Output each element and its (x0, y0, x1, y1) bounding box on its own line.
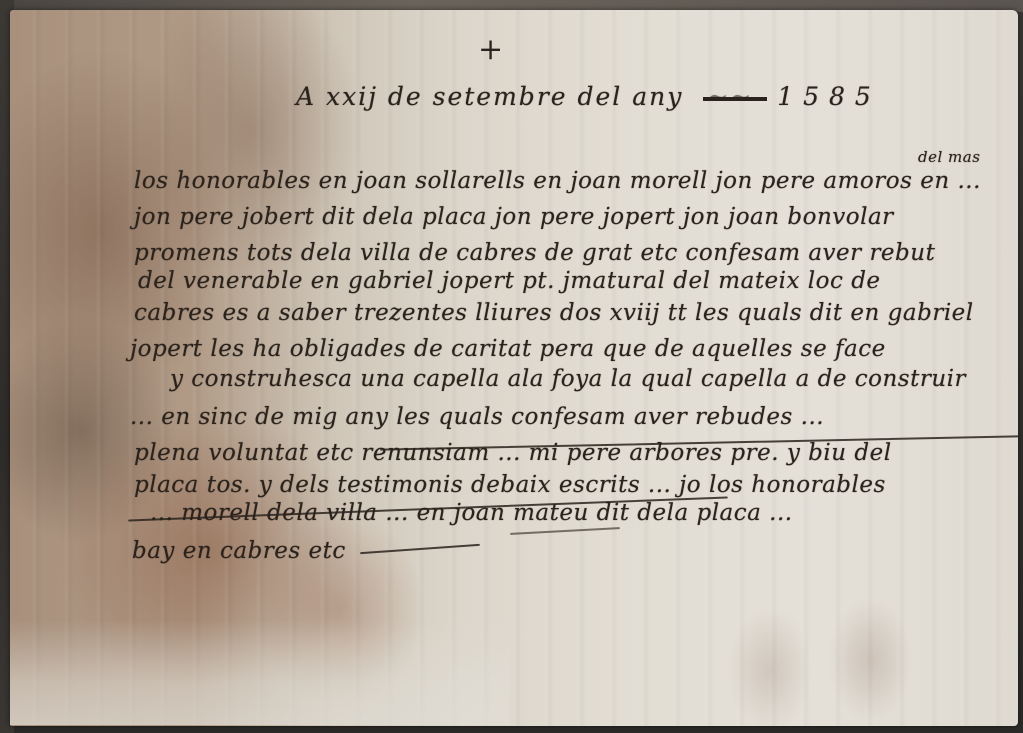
manuscript-line-11: ... morell dela villa ... en joan mateu … (150, 500, 793, 526)
paper-stain-fade (10, 620, 510, 725)
cross-mark-icon: + (478, 32, 503, 67)
struck-out-text: ~~ (707, 82, 763, 111)
manuscript-line-3: promens tots dela villa de cabres de gra… (134, 240, 935, 266)
manuscript-line-9: plena voluntat etc renunsiam ... mi pere… (134, 440, 892, 466)
manuscript-line-12: bay en cabres etc (132, 538, 346, 564)
manuscript-line-8: ... en sinc de mig any les quals confesa… (130, 404, 824, 430)
manuscript-line-7: y construhesca una capella ala foya la q… (170, 366, 966, 392)
manuscript-line-1: los honorables en joan sollarells en joa… (134, 168, 981, 194)
heading-date-text: A xxij de setembre del any (296, 82, 683, 111)
manuscript-line-6: jopert les ha obligades de caritat pera … (130, 336, 886, 362)
manuscript-line-5: cabres es a saber trezentes lliures dos … (134, 300, 974, 326)
heading-year: 1585 (777, 82, 881, 111)
marginal-note: del mas (918, 148, 980, 166)
document-heading: A xxij de setembre del any ~~ 1585 (296, 82, 881, 111)
manuscript-line-4: del venerable en gabriel jopert pt. jmat… (138, 268, 881, 294)
photo-frame: + A xxij de setembre del any ~~ 1585 del… (0, 0, 1023, 733)
manuscript-line-2: jon pere jobert dit dela placa jon pere … (134, 204, 894, 230)
manuscript-line-10: placa tos. y dels testimonis debaix escr… (134, 472, 886, 498)
